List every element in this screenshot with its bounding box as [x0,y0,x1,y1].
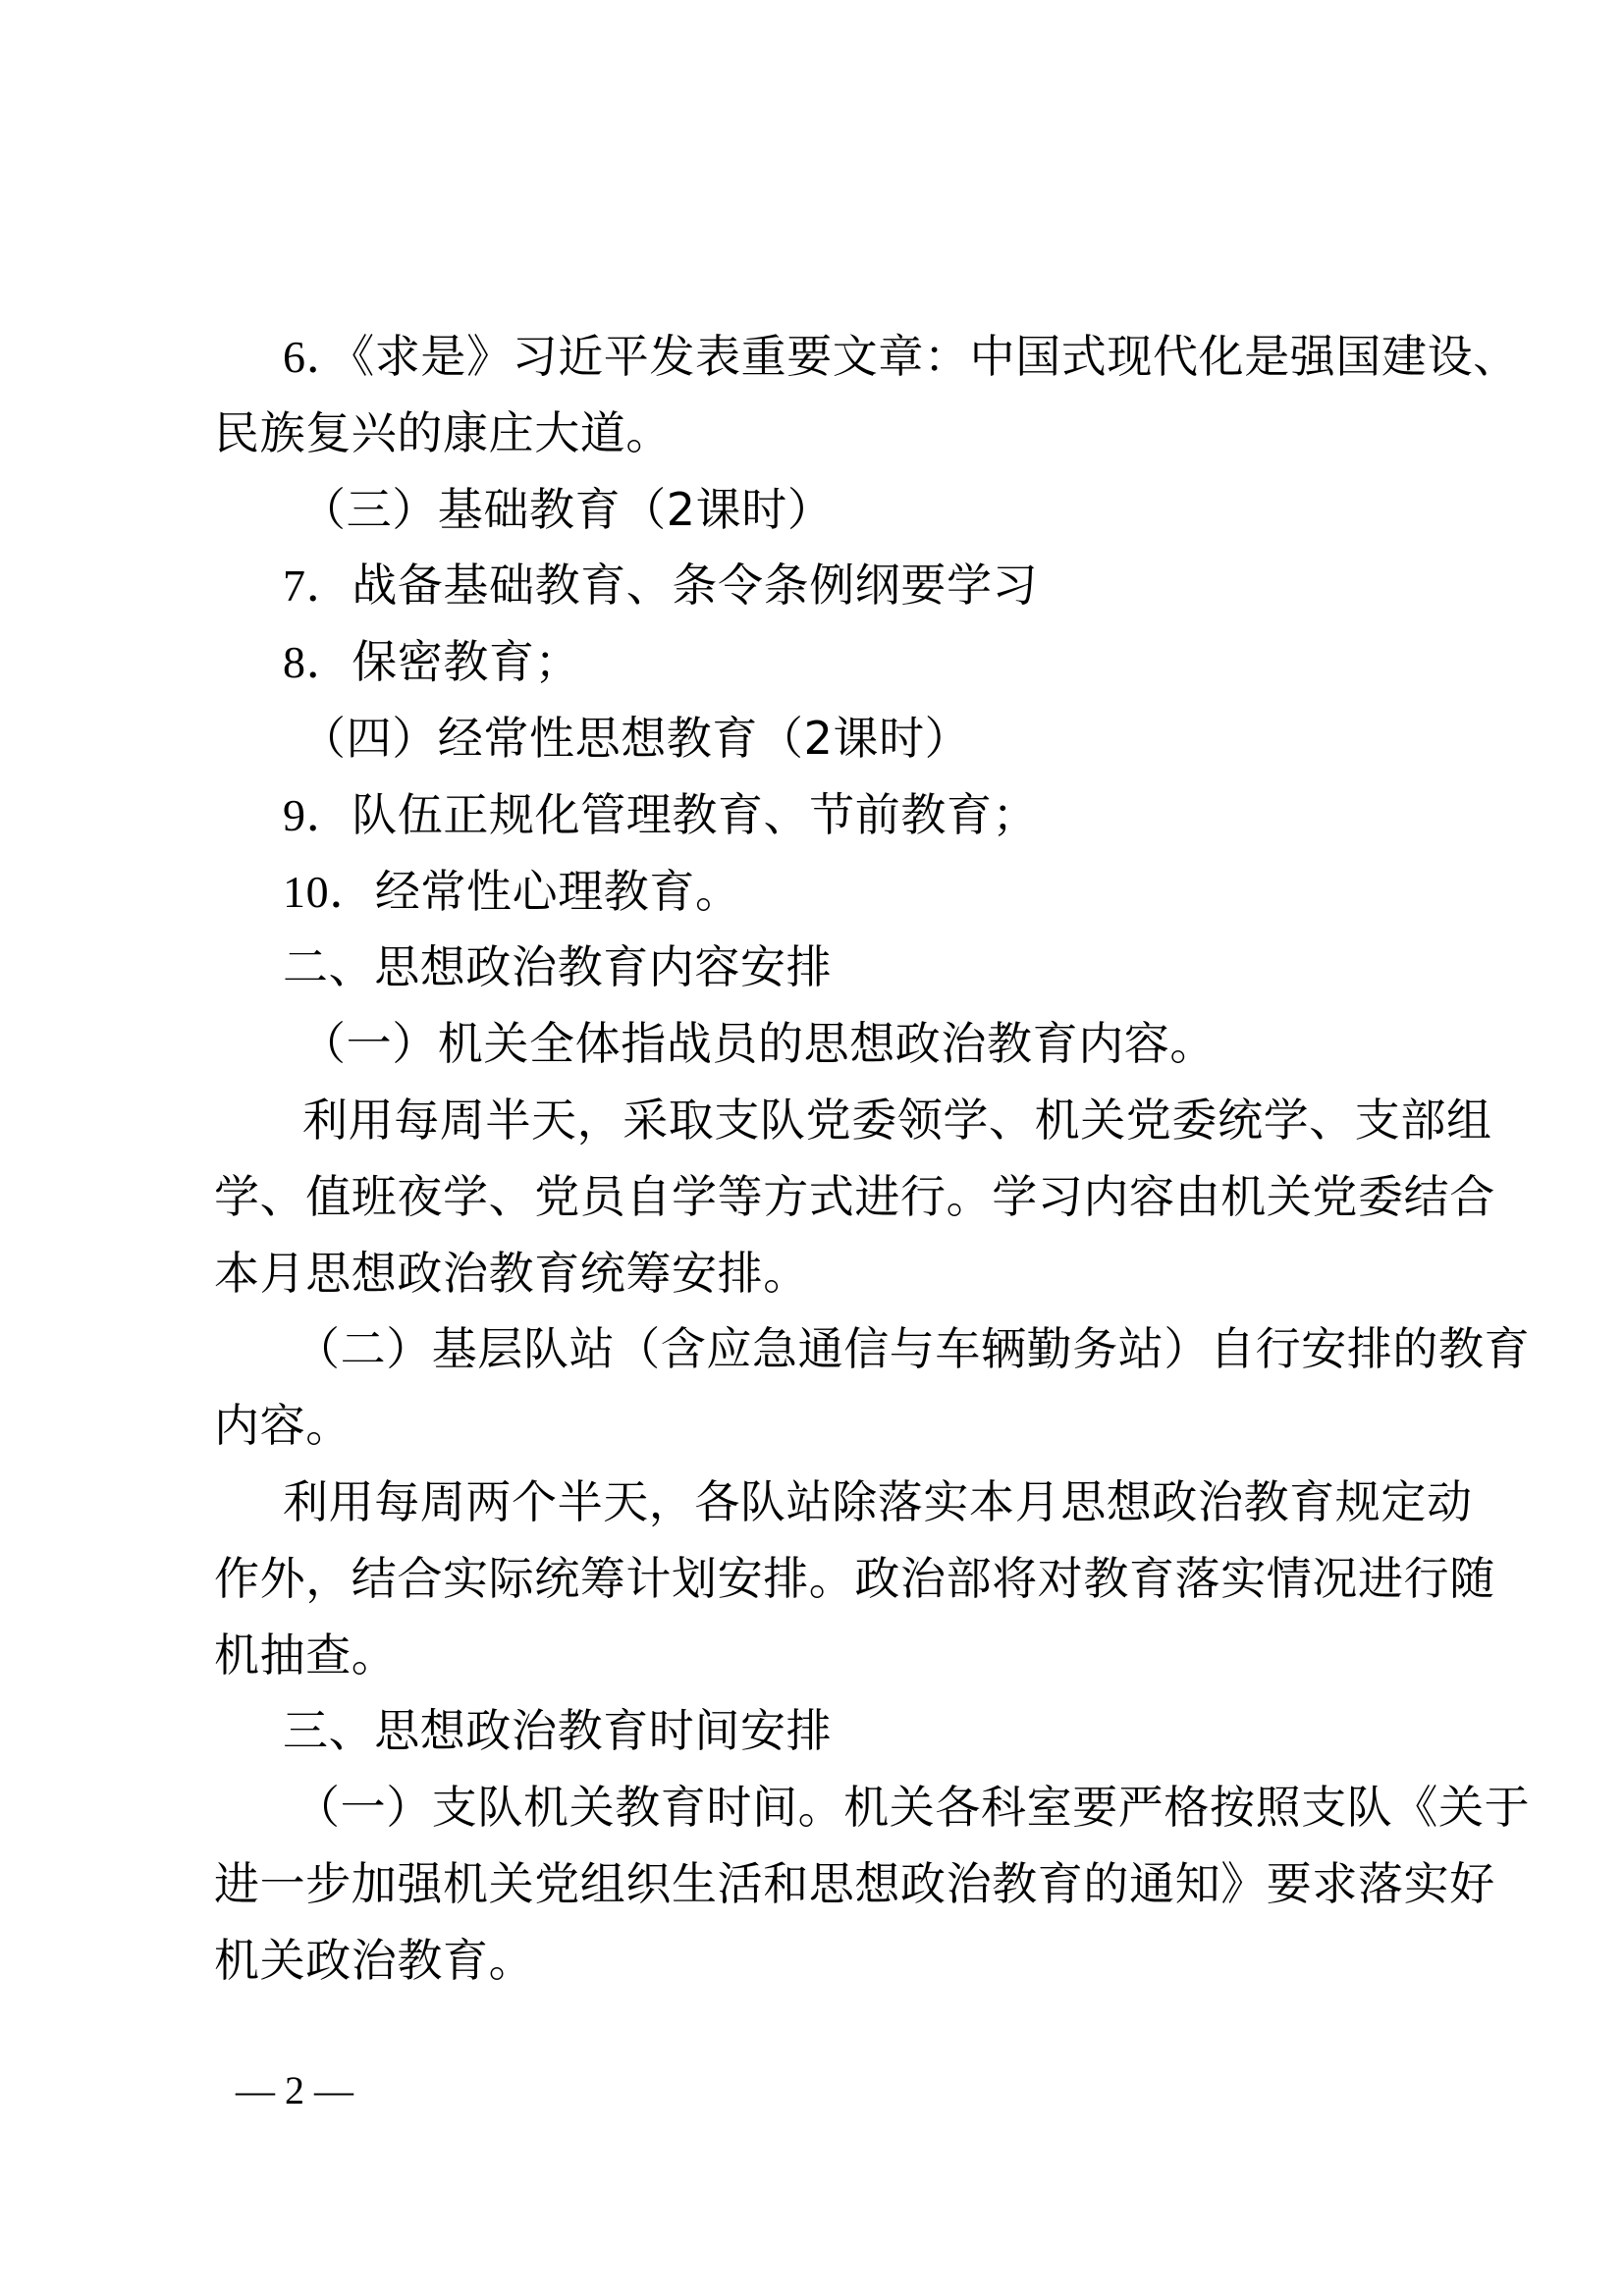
list-item-text: 保密教育； [352,635,580,688]
paragraph-line: 本月思想政治教育统筹安排。 [214,1236,1424,1312]
paragraph-line: 机关政治教育。 [214,1923,1424,2000]
document-body: 6．《求是》习近平发表重要文章：中国式现代化是强国建设、 民族复兴的康庄大道。 … [214,319,1424,2000]
list-item-6: 6．《求是》习近平发表重要文章：中国式现代化是强国建设、 [214,319,1424,396]
list-item-text: 队伍正规化管理教育、节前教育； [352,788,1038,841]
list-item-6-continuation: 民族复兴的康庄大道。 [214,396,1424,472]
section-heading-2: 二、思想政治教育内容安排 [214,930,1424,1006]
section-heading-3: 三、思想政治教育时间安排 [214,1693,1424,1770]
list-number: 6． [283,332,352,382]
paragraph-line: 进一步加强机关党组织生活和思想政治教育的通知》要求落实好 [214,1846,1424,1923]
subsection-heading-3-1: （一）支队机关教育时间。机关各科室要严格按照支队《关于 [214,1770,1424,1846]
list-number: 7． [283,561,352,611]
paragraph-line: 作外，结合实际统筹计划安排。政治部将对教育落实情况进行随 [214,1541,1424,1618]
subsection-heading-3: （三）基础教育（2课时） [214,472,1424,549]
document-page: 6．《求是》习近平发表重要文章：中国式现代化是强国建设、 民族复兴的康庄大道。 … [0,0,1624,2296]
list-number: 8． [283,637,352,687]
paragraph-line: 学、值班夜学、党员自学等方式进行。学习内容由机关党委结合 [214,1159,1424,1236]
list-number: 10． [283,867,375,917]
list-number: 9． [283,790,352,840]
page-number: — 2 — [236,2061,353,2120]
paragraph-line: 内容。 [214,1388,1424,1465]
list-item-text: 经常性心理教育。 [375,865,741,918]
paragraph-line: 机抽查。 [214,1618,1424,1694]
list-item-9: 9．队伍正规化管理教育、节前教育； [214,777,1424,854]
subsection-heading-2-1: （一）机关全体指战员的思想政治教育内容。 [214,1006,1424,1083]
list-item-text: 《求是》习近平发表重要文章：中国式现代化是强国建设、 [352,330,1519,383]
list-item-text: 战备基础教育、条令条例纲要学习 [352,559,1038,612]
list-item-10: 10．经常性心理教育。 [214,854,1424,931]
subsection-heading-4: （四）经常性思想教育（2课时） [214,701,1424,777]
subsection-heading-2-2: （二）基层队站（含应急通信与车辆勤务站）自行安排的教育 [214,1311,1424,1388]
paragraph-line: 利用每周半天，采取支队党委领学、机关党委统学、支部组 [214,1083,1424,1159]
list-item-7: 7．战备基础教育、条令条例纲要学习 [214,548,1424,624]
list-item-8: 8．保密教育； [214,624,1424,701]
paragraph-line: 利用每周两个半天，各队站除落实本月思想政治教育规定动 [214,1465,1424,1541]
